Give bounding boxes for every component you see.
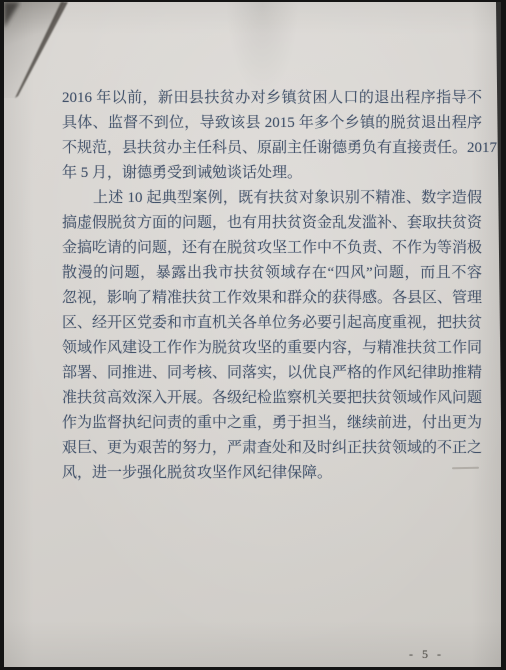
text-line: 具体、监督不到位，导致该县 2015 年多个乡镇的脱贫退出程序	[62, 111, 482, 136]
photo-background: 2016 年以前，新田县扶贫办对乡镇贫困人口的退出程序指导不具体、监督不到位，导…	[0, 0, 506, 670]
photo-edge-shadow	[496, 2, 501, 422]
text-line: 散漫的问题，暴露出我市扶贫领域存在“四风”问题，而且不容	[62, 261, 482, 286]
text-line: 忽视，影响了精准扶贫工作效果和群众的获得感。各县区、管理	[62, 286, 482, 311]
text-line: 风，进一步强化脱贫攻坚作风纪律保障。	[62, 461, 482, 486]
text-line: 金搞吃请的问题，还有在脱贫攻坚工作中不负责、不作为等消极	[62, 236, 482, 261]
text-line: 年 5 月，谢德勇受到诫勉谈话处理。	[62, 161, 482, 186]
text-line: 区、经开区党委和市直机关各单位务必要引起高度重视，把扶贫	[62, 311, 482, 336]
text-line: 上述 10 起典型案例，既有扶贫对象识别不精准、数字造假	[62, 186, 482, 211]
text-line: 不规范，县扶贫办主任科员、原副主任谢德勇负有直接责任。2017	[62, 136, 482, 161]
page-number: - 5 -	[409, 647, 444, 662]
text-line: 领域作风建设工作作为脱贫攻坚的重要内容，与精准扶贫工作同	[62, 336, 482, 361]
text-line: 艰巨、更为艰苦的努力，严肃查处和及时纠正扶贫领域的不正之	[62, 436, 482, 461]
document-text: 2016 年以前，新田县扶贫办对乡镇贫困人口的退出程序指导不具体、监督不到位，导…	[62, 86, 482, 486]
text-line: 搞虚假脱贫方面的问题，也有用扶贫资金乱发滥补、套取扶贫资	[62, 211, 482, 236]
text-line: 准扶贫高效深入开展。各级纪检监察机关要把扶贫领域作风问题	[62, 386, 482, 411]
text-line: 部署、同推进、同考核、同落实，以优良严格的作风纪律助推精	[62, 361, 482, 386]
text-line: 2016 年以前，新田县扶贫办对乡镇贫困人口的退出程序指导不	[62, 86, 482, 111]
document-page: 2016 年以前，新田县扶贫办对乡镇贫困人口的退出程序指导不具体、监督不到位，导…	[4, 2, 501, 667]
text-line: 作为监督执纪问责的重中之重，勇于担当，继续前进，付出更为	[62, 411, 482, 436]
